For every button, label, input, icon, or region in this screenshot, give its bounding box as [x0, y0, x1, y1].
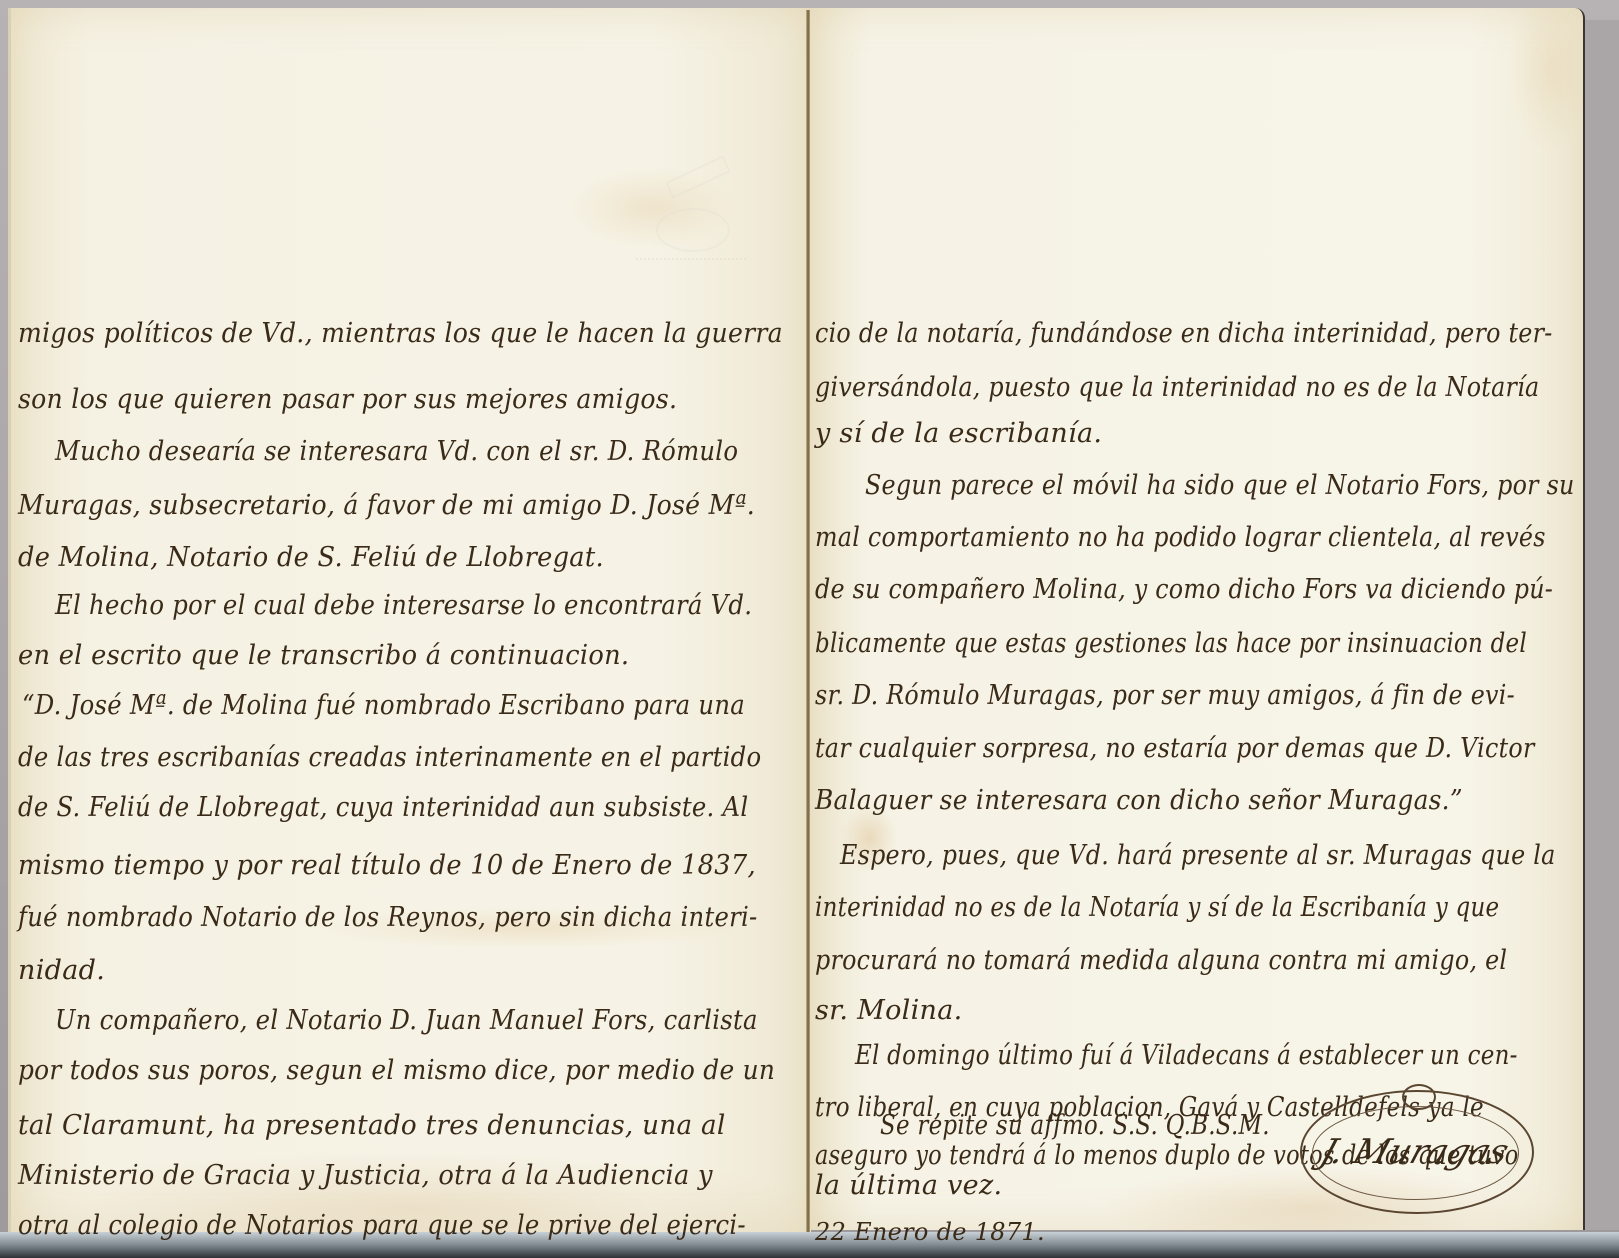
- letter-line: nidad.: [18, 955, 105, 986]
- letter-line: blicamente que estas gestiones las hace …: [815, 628, 1527, 659]
- letter-line: procurará no tomará medida alguna contra…: [815, 945, 1507, 976]
- letter-line: interinidad no es de la Notaría y sí de …: [815, 892, 1499, 923]
- letter-line: “D. José Mª. de Molina fué nombrado Escr…: [22, 690, 745, 721]
- right-edge-background: [1583, 20, 1619, 1230]
- letter-line: y sí de la escribanía.: [815, 418, 1102, 449]
- letter-date: 22 Enero de 1871.: [815, 1218, 1045, 1246]
- letter-line: cio de la notaría, fundándose en dicha i…: [815, 318, 1553, 349]
- letter-line: en el escrito que le transcribo á contin…: [18, 640, 629, 671]
- letter-line: de Molina, Notario de S. Feliú de Llobre…: [18, 542, 604, 573]
- letter-line: de S. Feliú de Llobregat, cuya interinid…: [18, 792, 748, 823]
- letter-line: la última vez.: [815, 1170, 1002, 1201]
- letter-line: Muragas, subsecretario, á favor de mi am…: [18, 490, 755, 521]
- letter-line: son los que quieren pasar por sus mejore…: [18, 384, 677, 415]
- letter-line: de su compañero Molina, y como dicho For…: [815, 574, 1553, 605]
- letter-line: giversándola, puesto que la interinidad …: [815, 372, 1539, 403]
- letter-line: por todos sus poros, segun el mismo dice…: [18, 1055, 775, 1086]
- letter-line: tal Claramunt, ha presentado tres denunc…: [18, 1110, 726, 1141]
- closing-salutation: Se repite su affmo. S.S. Q.B.S.M.: [880, 1110, 1270, 1141]
- letter-line: sr. D. Rómulo Muragas, por ser muy amigo…: [815, 680, 1515, 711]
- letter-line: Mucho desearía se interesara Vd. con el …: [55, 436, 738, 467]
- letter-line: El domingo último fuí á Viladecans á est…: [855, 1040, 1518, 1071]
- letter-line: de las tres escribanías creadas interina…: [18, 742, 761, 773]
- letter-line: Ministerio de Gracia y Justicia, otra á …: [18, 1160, 713, 1191]
- letter-line: Balaguer se interesara con dicho señor M…: [815, 785, 1463, 816]
- page-fold-spine: [806, 10, 810, 1232]
- letter-line: mismo tiempo y por real título de 10 de …: [18, 850, 756, 881]
- letter-line: mal comportamiento no ha podido lograr c…: [815, 522, 1546, 553]
- letter-line: sr. Molina.: [815, 995, 963, 1026]
- letter-line: tar cualquier sorpresa, no estaría por d…: [815, 733, 1535, 764]
- letter-line: Un compañero, el Notario D. Juan Manuel …: [55, 1005, 758, 1036]
- letter-line: Segun parece el móvil ha sido que el Not…: [865, 470, 1575, 501]
- signature: J. Muragas: [1316, 1132, 1514, 1172]
- emboss-stamp-icon: [636, 148, 746, 278]
- letter-line: otra al colegio de Notarios para que se …: [18, 1210, 746, 1241]
- letter-line: fué nombrado Notario de los Reynos, pero…: [18, 902, 758, 933]
- letter-line: migos políticos de Vd., mientras los que…: [18, 318, 783, 349]
- signature-flourish: J. Muragas: [1300, 1090, 1534, 1214]
- letter-line: Espero, pues, que Vd. hará presente al s…: [840, 840, 1556, 871]
- letter-line: El hecho por el cual debe interesarse lo…: [55, 590, 752, 621]
- left-page: [8, 8, 811, 1234]
